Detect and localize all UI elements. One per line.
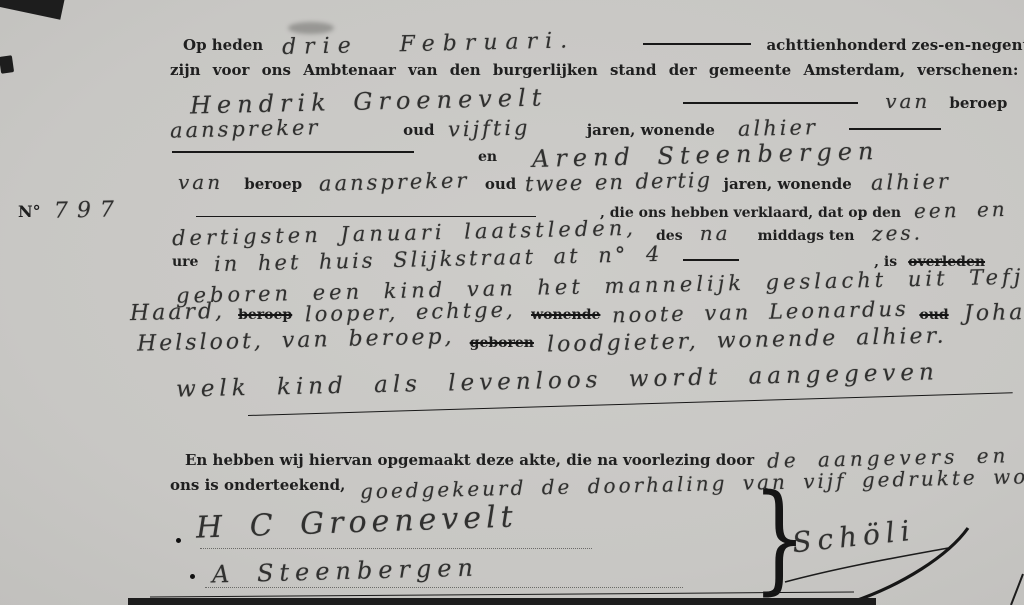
line-mother: Haard, beroep looper, echtge, wonende no… <box>130 300 1024 325</box>
fill-rule <box>683 259 739 261</box>
printed-op-heden: Op heden <box>183 36 263 54</box>
declarant1-occupation: aanspreker <box>170 113 398 142</box>
line-declarant2-name: Arend Steenbergen <box>532 141 879 169</box>
act-number-label: N° <box>18 202 41 221</box>
hw-een-en: een en <box>914 197 1008 223</box>
printed-oud: oud <box>485 175 516 193</box>
printed-jaren-wonende: jaren, wonende <box>724 175 852 193</box>
struck-oud: oud <box>919 307 948 323</box>
hw-na: na <box>700 221 731 245</box>
registrar-signature-flourish <box>740 480 1024 605</box>
printed-beroep: beroep <box>244 175 302 193</box>
father-name: Helsloot, van beroep, <box>137 324 455 356</box>
fill-rule <box>683 102 858 104</box>
handwritten-date: drie Februari. <box>282 27 632 60</box>
line-declarant2-details: van beroep aanspreker oud twee en dertig… <box>178 170 951 194</box>
signature-bullet <box>190 574 195 579</box>
fill-rule <box>849 128 941 130</box>
struck-geboren: geboren <box>470 335 534 351</box>
printed-ure: ure <box>172 254 198 270</box>
line-en: en <box>478 146 497 165</box>
struck-wonende: wonende <box>531 307 600 323</box>
line-event-date: dertigsten Januari laatstleden, des na m… <box>172 221 923 245</box>
signature-declarant2: A Steenbergen <box>212 554 480 589</box>
line-declarant1-details: aanspreker oud vijftig jaren, wonende al… <box>170 116 941 140</box>
printed-verklaard: , die ons hebben verklaard, dat op den <box>600 205 901 221</box>
father-occupation-residence: loodgieter, wonende alhier. <box>547 323 947 357</box>
declarant2-hw-van: van <box>178 170 223 194</box>
line-closing1: En hebben wij hiervan opgemaakt deze akt… <box>185 446 1010 470</box>
printed-year: achttienhonderd zes-en-negentig, <box>766 36 1024 54</box>
declarant1-name: Hendrik Groenevelt <box>190 80 679 119</box>
death-certificate-scan: N° 797 Op heden drie Februari. achttienh… <box>0 0 1024 605</box>
signature-dotted-line <box>205 587 683 588</box>
act-number-value: 797 <box>53 197 123 224</box>
line-date: Op heden drie Februari. achttienhonderd … <box>183 31 1024 56</box>
margin-ink-blot <box>0 55 14 74</box>
printed-closing2: ons is onderteekend, <box>170 476 345 494</box>
hw-house: in het huis Slijkstraat at n° 4 <box>213 242 662 276</box>
fill-rule <box>196 216 536 217</box>
fill-rule <box>172 151 414 153</box>
father-first-name: Johannes <box>964 299 1024 327</box>
printed-oud: oud <box>403 121 434 139</box>
line-stillborn: welk kind als levenloos wordt aangegeven <box>176 359 939 402</box>
printed-jaren-wonende: jaren, wonende <box>587 121 715 139</box>
scan-edge-artifact <box>0 0 66 20</box>
line-verklaard: , die ons hebben verklaard, dat op den e… <box>600 198 1008 222</box>
printed-closing1: En hebben wij hiervan opgemaakt deze akt… <box>185 451 754 469</box>
declarant1-age: vijftig <box>447 115 576 142</box>
hw-hour: zes. <box>871 220 923 245</box>
bottom-scan-bar <box>128 598 876 605</box>
mother-occupation: looper, echtge, <box>305 298 516 327</box>
mother-spouse-of: noote van Leonardus <box>611 297 908 328</box>
line-father: Helsloot, van beroep, geboren loodgieter… <box>137 328 947 353</box>
printed-middags-ten: middags ten <box>758 228 855 244</box>
declarant1-residence: alhier <box>738 115 818 141</box>
printed-en: en <box>478 149 497 165</box>
fill-rule <box>643 43 751 45</box>
declarant2-occupation: aanspreker <box>319 168 470 195</box>
signature-dotted-line <box>200 548 592 549</box>
act-number: N° 797 <box>18 198 123 223</box>
signature-declarant1: H C Groenevelt <box>195 499 518 545</box>
struck-beroep: beroep <box>238 307 292 323</box>
declarant2-age: twee en dertig <box>525 168 713 196</box>
declarant1-hw-van: van <box>885 89 930 113</box>
declarant2-residence: alhier <box>871 169 951 195</box>
signature-bullet <box>176 538 181 543</box>
mother-name: Haard, <box>130 299 226 326</box>
line-intro: zijn voor ons Ambtenaar van den burgerli… <box>170 61 1018 79</box>
printed-beroep: beroep <box>949 94 1007 112</box>
line-declarant1-name: Hendrik Groenevelt van beroep <box>190 86 1007 114</box>
